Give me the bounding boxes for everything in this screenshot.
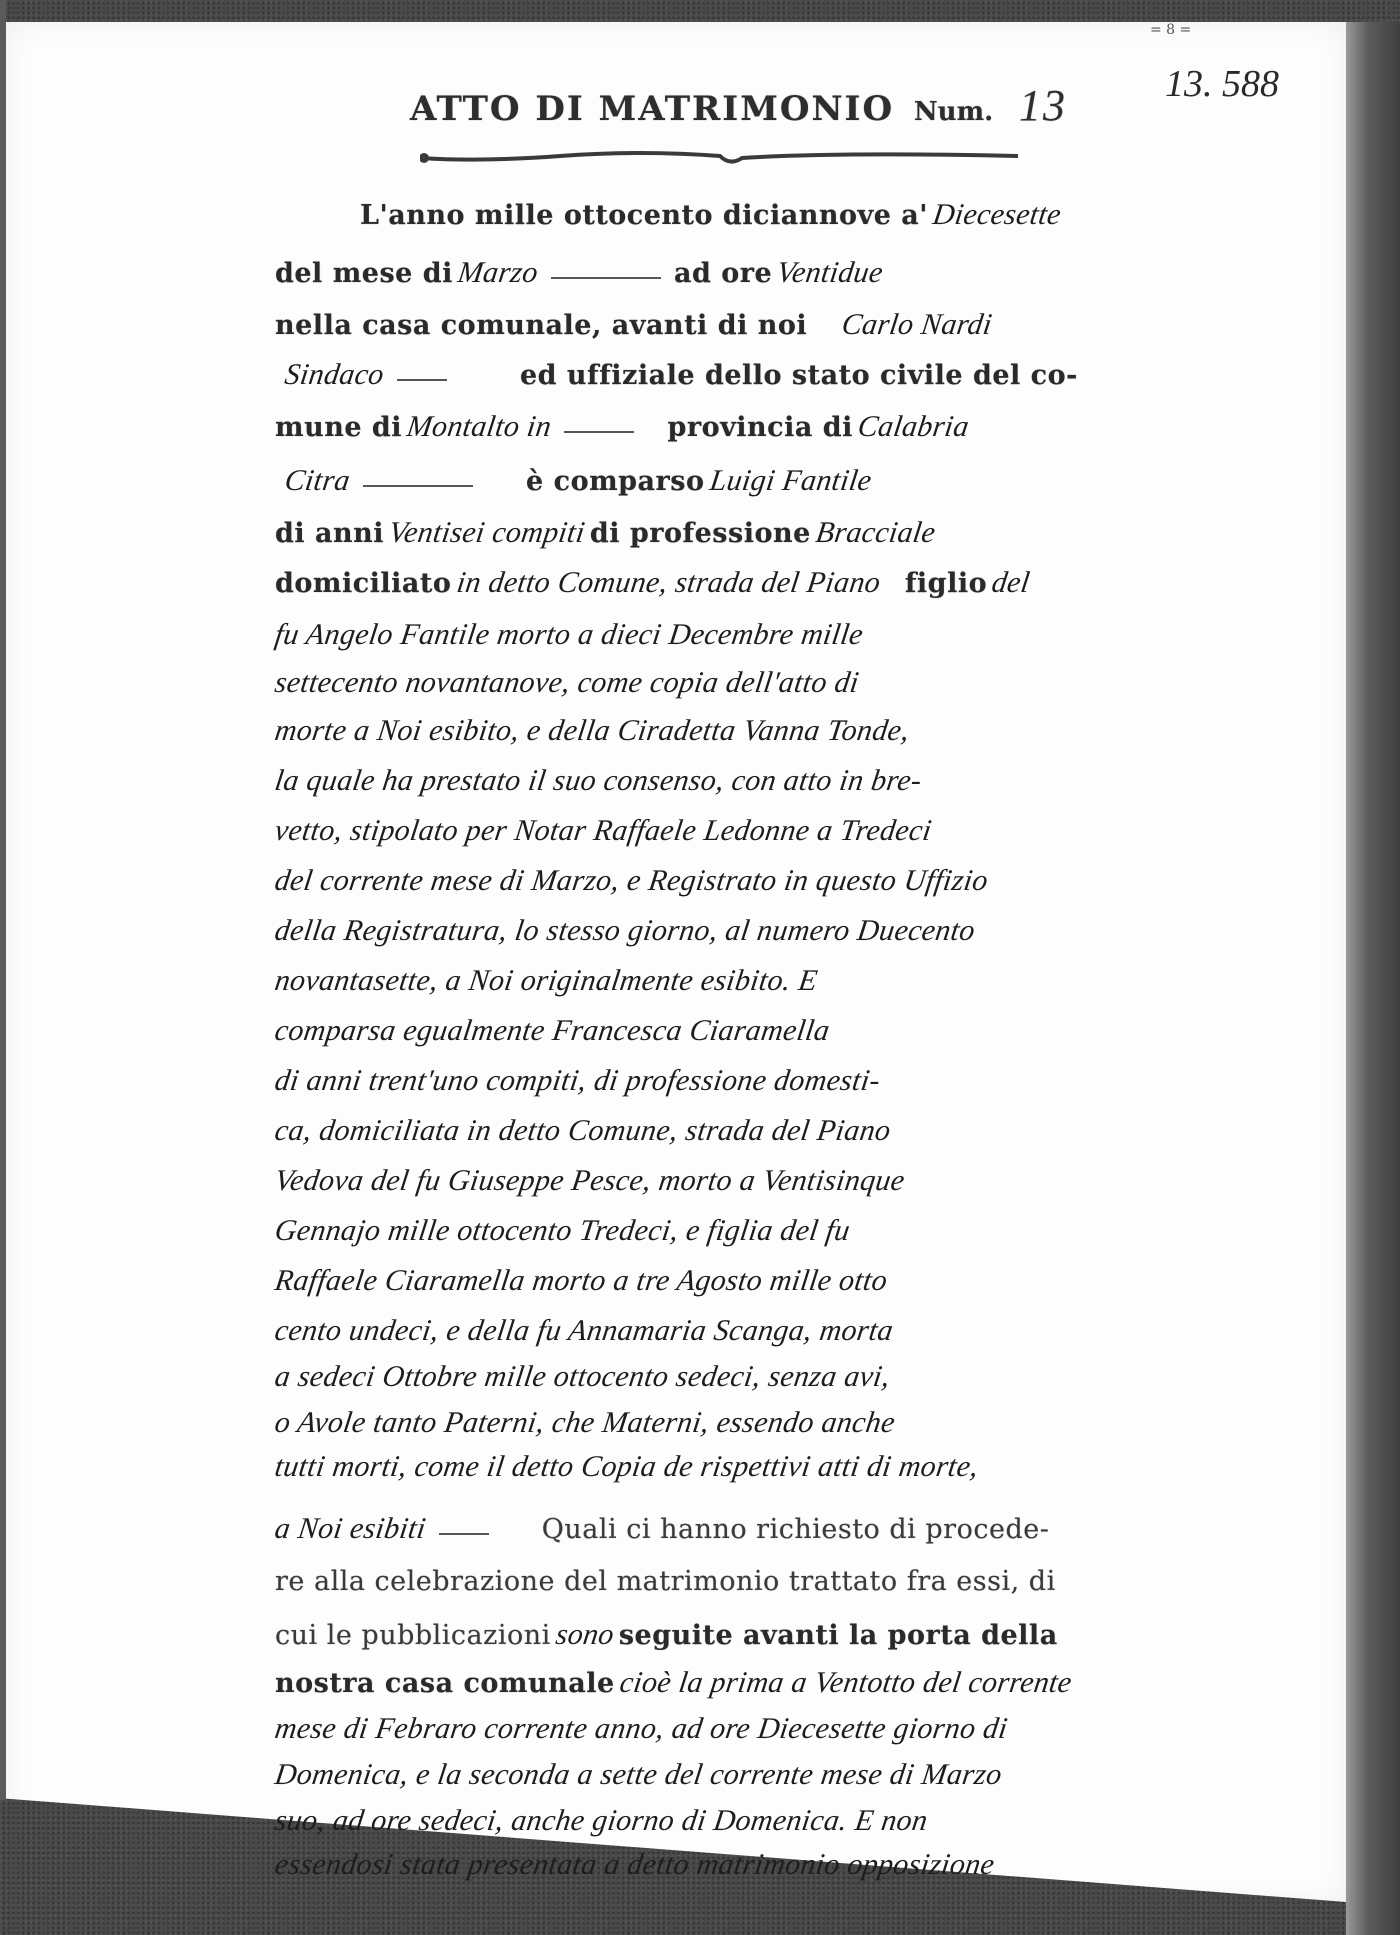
- record-line-21: Gennajo mille ottocento Tredeci, e figli…: [275, 1216, 850, 1246]
- blank-line: [397, 379, 447, 381]
- handwritten-text: comparsa egualmente Francesca Ciaramella: [273, 1016, 832, 1046]
- record-line-11: morte a Noi esibito, e della Ciradetta V…: [275, 716, 909, 746]
- handwritten-text: essendosi stata presentata a detto matri…: [273, 1850, 997, 1880]
- blank-line: [439, 1533, 489, 1535]
- handwritten-text: tutti morti, come il detto Copia de risp…: [273, 1452, 980, 1482]
- printed-text: del mese di: [275, 258, 453, 289]
- record-line-13: vetto, stipolato per Notar Raffaele Ledo…: [275, 816, 931, 846]
- handwritten-text: in detto Comune, strada del Piano: [454, 568, 881, 598]
- handwritten-text: Marzo: [456, 258, 540, 288]
- handwritten-text: suo, ad ore sedeci, anche giorno di Dome…: [273, 1806, 930, 1836]
- printed-text: mune di: [275, 412, 402, 443]
- handwritten-text: fu Angelo Fantile morto a dieci Decembre…: [273, 620, 865, 650]
- blank-line: [564, 431, 634, 433]
- printed-text: nostra casa comunale: [275, 1668, 615, 1699]
- record-line-29: cui le pubblicazioni sono seguite avanti…: [275, 1620, 1058, 1650]
- corner-reference-number: 13. 588: [1165, 62, 1279, 106]
- handwritten-text: mese di Febraro corrente anno, ad ore Di…: [273, 1714, 1009, 1744]
- handwritten-text: Citra: [283, 466, 352, 496]
- handwritten-text: Raffaele Ciaramella morto a tre Agosto m…: [273, 1266, 889, 1296]
- record-line-19: ca, domiciliata in detto Comune, strada …: [275, 1116, 890, 1146]
- handwritten-text: Gennajo mille ottocento Tredeci, e figli…: [273, 1216, 852, 1246]
- handwritten-text: Ventidue: [775, 258, 885, 288]
- printed-text: L'anno mille ottocento diciannove a': [360, 200, 928, 231]
- handwritten-text: la quale ha prestato il suo consenso, co…: [273, 766, 924, 796]
- handwritten-text: sono: [554, 1620, 616, 1650]
- record-line-20: Vedova del fu Giuseppe Pesce, morto a Ve…: [275, 1166, 905, 1196]
- handwritten-text: Sindaco: [283, 360, 386, 390]
- record-line-32: Domenica, e la seconda a sette del corre…: [275, 1760, 1002, 1790]
- title-text: ATTO DI MATRIMONIO: [410, 89, 894, 129]
- printed-text: nella casa comunale, avanti di noi: [275, 310, 807, 341]
- title-flourish-divider: [420, 148, 1020, 168]
- record-line-23: cento undeci, e della fu Annamaria Scang…: [275, 1316, 893, 1346]
- handwritten-text: della Registratura, lo stesso giorno, al…: [273, 916, 977, 946]
- printed-text: ad ore: [674, 258, 772, 289]
- top-margin-mark: = 8 =: [1150, 22, 1191, 38]
- record-line-9: fu Angelo Fantile morto a dieci Decembre…: [275, 620, 863, 650]
- printed-text: Quali ci hanno richiesto di procede-: [542, 1514, 1050, 1545]
- record-line-30: nostra casa comunale cioè la prima a Ven…: [275, 1668, 1071, 1698]
- record-line-14: del corrente mese di Marzo, e Registrato…: [275, 866, 988, 896]
- handwritten-text: cioè la prima a Ventotto del corrente: [618, 1668, 1074, 1698]
- handwritten-text: Bracciale: [814, 518, 938, 548]
- blank-line: [363, 485, 473, 487]
- record-line-3: nella casa comunale, avanti di noi Carlo…: [275, 310, 992, 340]
- handwritten-text: cento undeci, e della fu Annamaria Scang…: [273, 1316, 895, 1346]
- handwritten-text: settecento novantanove, come copia dell'…: [273, 668, 861, 698]
- record-line-15: della Registratura, lo stesso giorno, al…: [275, 916, 975, 946]
- printed-text: provincia di: [667, 412, 852, 443]
- handwritten-text: Domenica, e la seconda a sette del corre…: [273, 1760, 1004, 1790]
- handwritten-text: Ventisei compiti: [387, 518, 587, 548]
- handwritten-text: del: [990, 568, 1032, 598]
- handwritten-text: Calabria: [856, 412, 971, 442]
- record-line-5: mune di Montalto in provincia di Calabri…: [275, 412, 969, 442]
- record-line-34: essendosi stata presentata a detto matri…: [275, 1850, 994, 1880]
- record-number: 13: [1019, 81, 1067, 130]
- printed-text: di anni: [275, 518, 384, 549]
- handwritten-text: Carlo Nardi: [840, 310, 994, 340]
- printed-text: domiciliato: [275, 568, 451, 599]
- record-line-7: di anni Ventisei compiti di professione …: [275, 518, 935, 548]
- record-line-2: del mese di Marzo ad ore Ventidue: [275, 258, 883, 288]
- record-line-17: comparsa egualmente Francesca Ciaramella: [275, 1016, 829, 1046]
- handwritten-text: a Noi esibiti: [273, 1514, 428, 1544]
- record-line-6: Citra è comparso Luigi Fantile: [285, 466, 871, 496]
- record-line-8: domiciliato in detto Comune, strada del …: [275, 568, 1030, 598]
- record-line-31: mese di Febraro corrente anno, ad ore Di…: [275, 1714, 1007, 1744]
- handwritten-text: o Avole tanto Paterni, che Materni, esse…: [273, 1408, 897, 1438]
- record-line-25: o Avole tanto Paterni, che Materni, esse…: [275, 1408, 895, 1438]
- page-left-edge: [0, 0, 6, 1800]
- handwritten-text: Vedova del fu Giuseppe Pesce, morto a Ve…: [273, 1166, 907, 1196]
- record-line-33: suo, ad ore sedeci, anche giorno di Dome…: [275, 1806, 927, 1836]
- handwritten-text: Luigi Fantile: [707, 466, 873, 496]
- record-line-26: tutti morti, come il detto Copia de risp…: [275, 1452, 978, 1482]
- printed-text: re alla celebrazione del matrimonio trat…: [275, 1566, 1056, 1597]
- record-line-18: di anni trent'uno compiti, di profession…: [275, 1066, 880, 1096]
- record-line-4: Sindaco ed uffiziale dello stato civile …: [285, 360, 1078, 390]
- handwritten-text: morte a Noi esibito, e della Ciradetta V…: [273, 716, 911, 746]
- page-right-edge-shadow: [1346, 22, 1400, 1935]
- record-line-1: L'anno mille ottocento diciannove a' Die…: [360, 200, 1061, 230]
- document-title: ATTO DI MATRIMONIO Num. 13: [410, 80, 1067, 131]
- handwritten-text: ca, domiciliata in detto Comune, strada …: [273, 1116, 893, 1146]
- printed-text: ed uffiziale dello stato civile del co-: [520, 360, 1078, 391]
- handwritten-text: vetto, stipolato per Notar Raffaele Ledo…: [273, 816, 934, 846]
- blank-line: [551, 277, 661, 279]
- handwritten-text: Diecesette: [931, 200, 1063, 230]
- handwritten-text: di anni trent'uno compiti, di profession…: [273, 1066, 882, 1096]
- printed-text: seguite avanti la porta della: [619, 1620, 1058, 1651]
- record-line-22: Raffaele Ciaramella morto a tre Agosto m…: [275, 1266, 887, 1296]
- record-line-12: la quale ha prestato il suo consenso, co…: [275, 766, 921, 796]
- record-line-27: a Noi esibiti Quali ci hanno richiesto d…: [275, 1514, 1049, 1544]
- printed-text: di professione: [590, 518, 811, 549]
- record-line-28: re alla celebrazione del matrimonio trat…: [275, 1568, 1056, 1595]
- record-line-16: novantasette, a Noi originalmente esibit…: [275, 966, 817, 996]
- printed-text: figlio: [905, 568, 987, 599]
- handwritten-text: Montalto in: [405, 412, 553, 442]
- handwritten-text: a sedeci Ottobre mille ottocento sedeci,…: [273, 1362, 892, 1392]
- record-line-10: settecento novantanove, come copia dell'…: [275, 668, 859, 698]
- record-line-24: a sedeci Ottobre mille ottocento sedeci,…: [275, 1362, 890, 1392]
- number-label: Num.: [914, 97, 993, 127]
- handwritten-text: novantasette, a Noi originalmente esibit…: [273, 966, 820, 996]
- handwritten-text: del corrente mese di Marzo, e Registrato…: [273, 866, 990, 896]
- printed-text: cui le pubblicazioni: [275, 1620, 551, 1651]
- printed-text: è comparso: [526, 466, 704, 497]
